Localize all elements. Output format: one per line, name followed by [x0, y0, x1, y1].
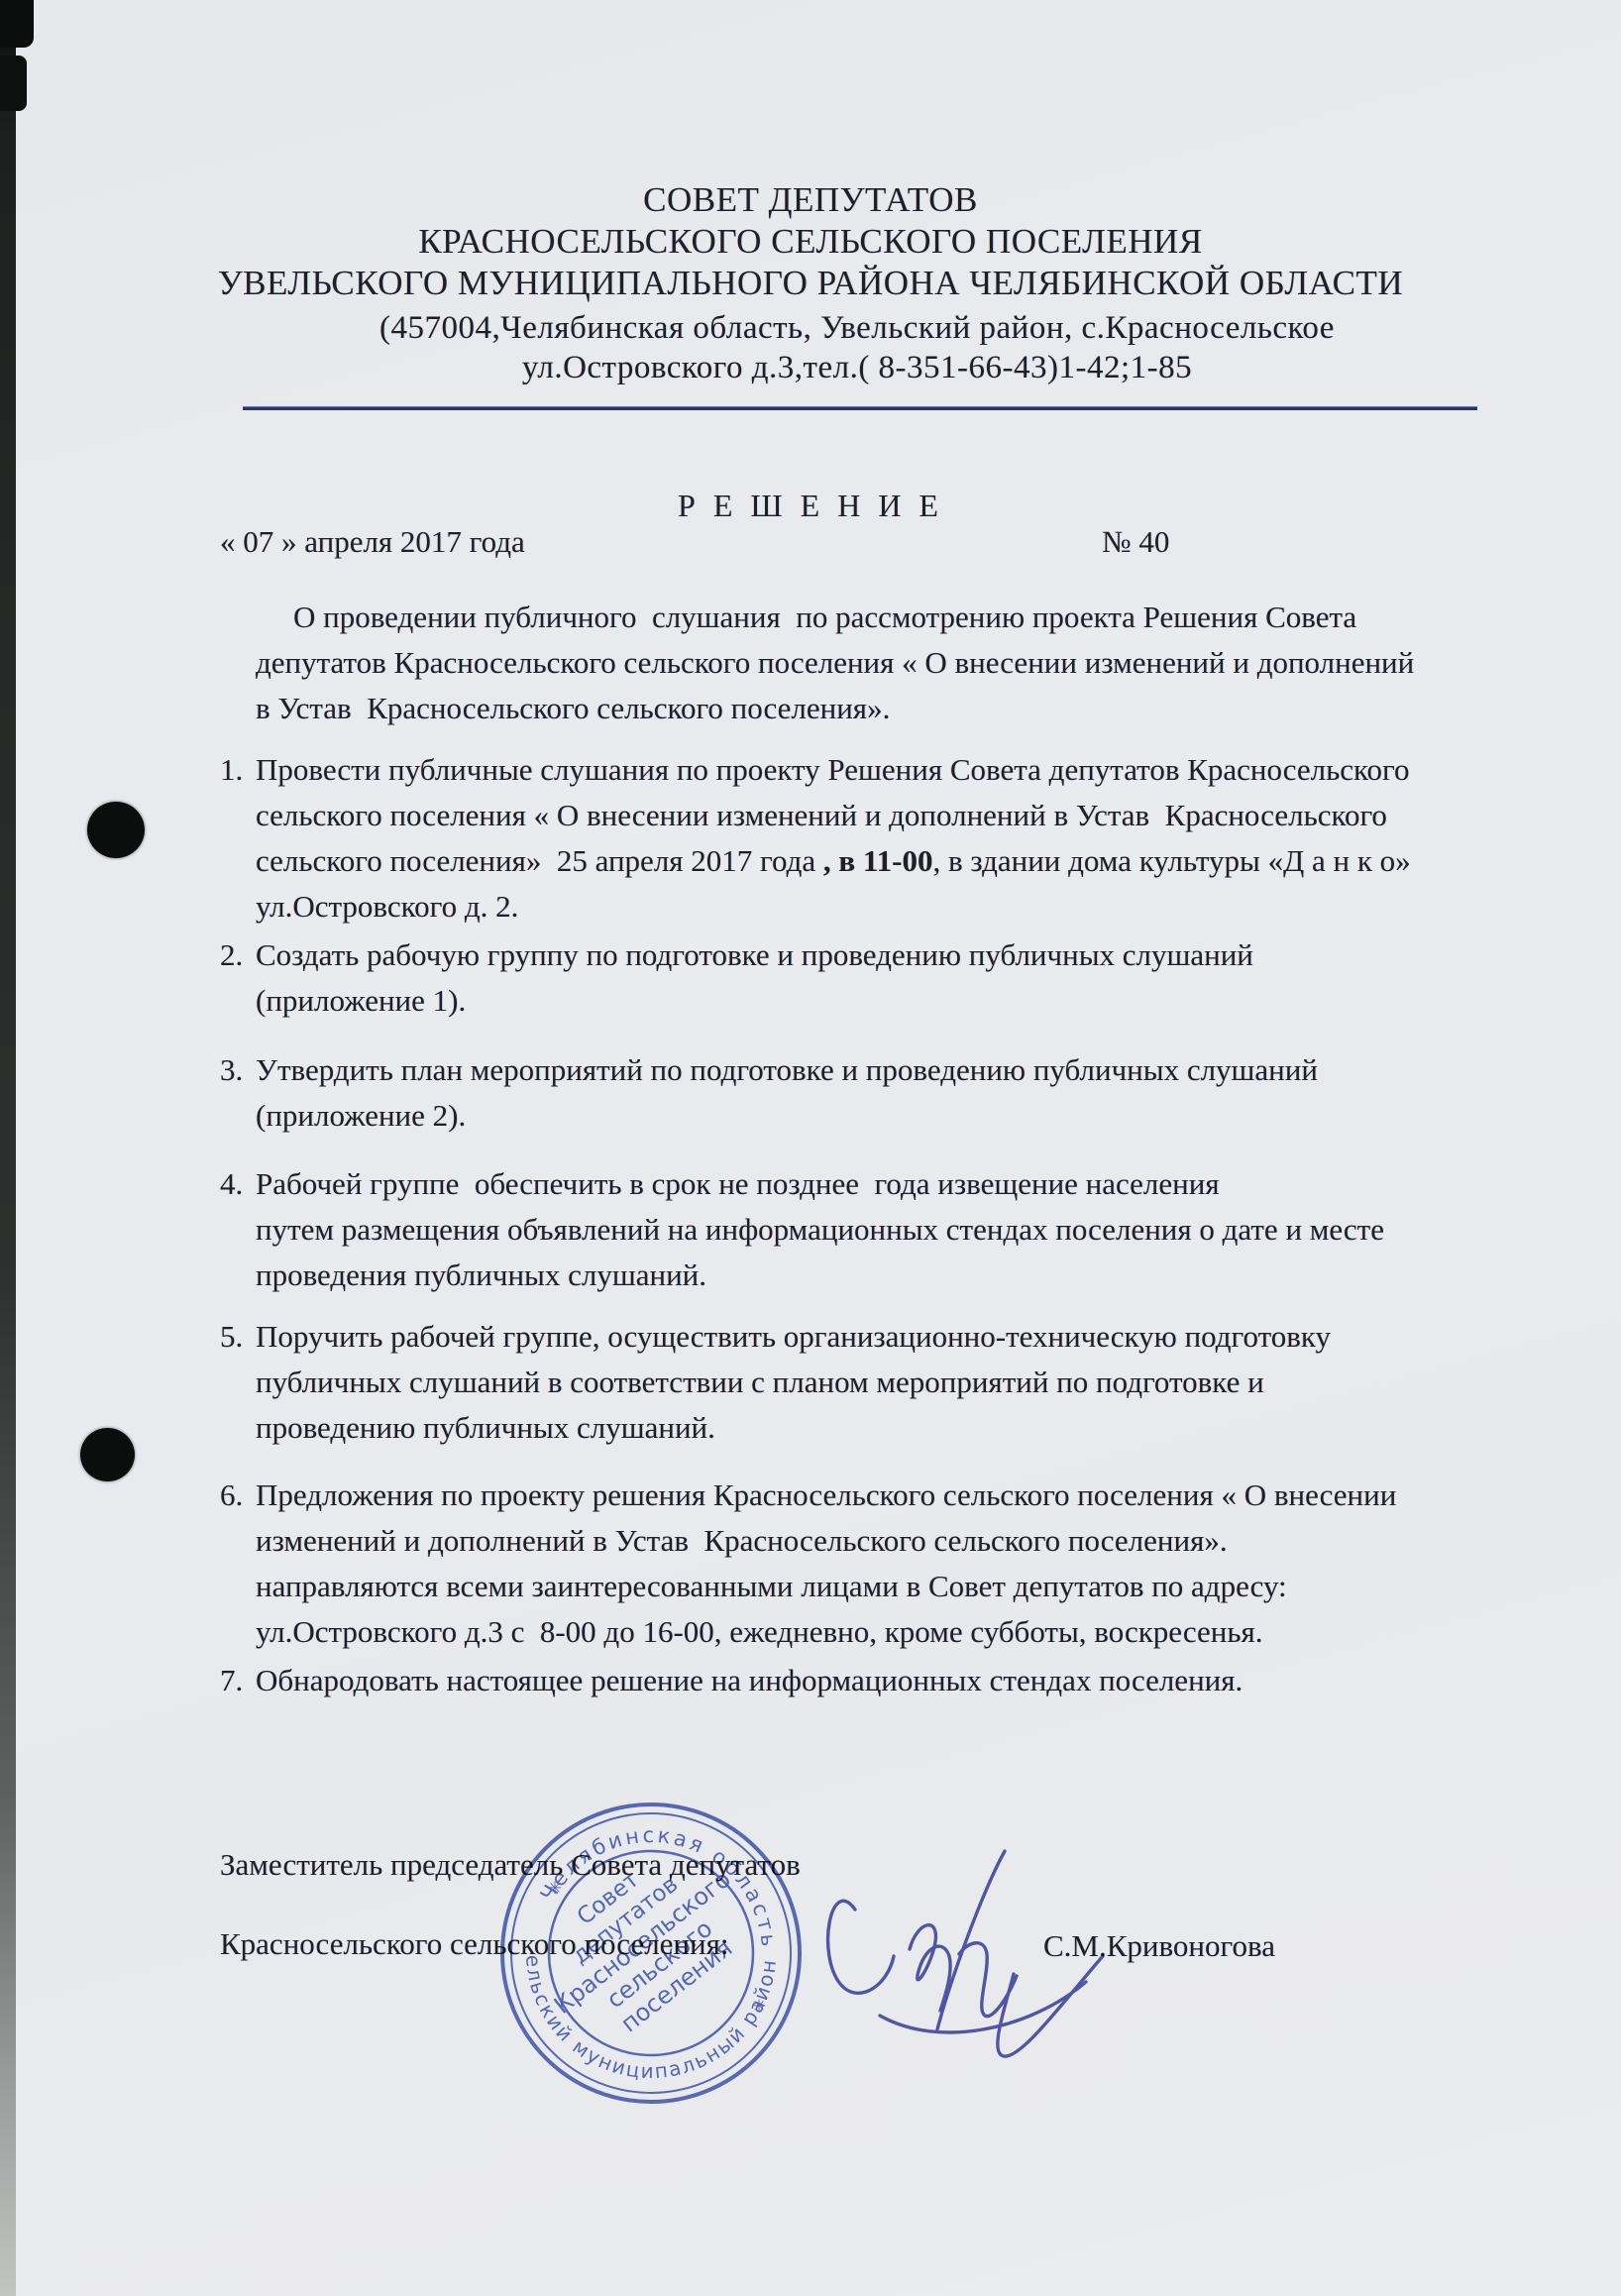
scanner-edge-blob: [0, 55, 27, 111]
letterhead-org-line-1: СОВЕТ ДЕПУТАТОВ: [0, 179, 1621, 221]
item-number: 6.: [220, 1473, 256, 1518]
item-text: Провести публичные слушания по проекту Р…: [256, 747, 1573, 929]
item-number: 3.: [220, 1047, 256, 1093]
decision-item-3: 3. Утвердить план мероприятий по подгото…: [220, 1047, 1573, 1139]
decision-number: № 40: [1102, 524, 1169, 560]
letterhead-address-line-2: ул.Островского д.3,тел.( 8-351-66-43)1-4…: [47, 348, 1621, 387]
scanned-document-page: { "letterhead": { "line1": "СОВЕТ ДЕПУТА…: [0, 0, 1621, 2296]
separator-line: [243, 406, 1477, 410]
decision-item-4: 4. Рабочей группе обеспечить в срок не п…: [220, 1161, 1573, 1298]
item-number: 2.: [220, 932, 256, 978]
letterhead-org-line-3: УВЕЛЬСКОГО МУНИЦИПАЛЬНОГО РАЙОНА ЧЕЛЯБИН…: [0, 263, 1621, 304]
punch-hole: [87, 802, 145, 858]
item-text: Утвердить план мероприятий по подготовке…: [256, 1047, 1573, 1139]
letterhead: СОВЕТ ДЕПУТАТОВ КРАСНОСЕЛЬСКОГО СЕЛЬСКОГ…: [0, 179, 1621, 387]
decision-item-1: 1. Провести публичные слушания по проект…: [220, 747, 1573, 929]
item-text: Обнародовать настоящее решение на информ…: [256, 1658, 1573, 1703]
letterhead-address-line-1: (457004,Челябинская область, Увельский р…: [47, 308, 1621, 348]
item-text-bold-segment: , в 11-00: [823, 843, 933, 878]
handwritten-signature-strokes: [810, 1835, 1120, 2073]
decision-item-5: 5. Поручить рабочей группе, осуществить …: [220, 1314, 1573, 1451]
scanner-edge-blob: [0, 0, 34, 48]
decision-date: « 07 » апреля 2017 года: [220, 524, 525, 560]
official-stamp: Челябинская область Увельский муниципаль…: [495, 1798, 807, 2109]
item-number: 1.: [220, 747, 256, 793]
item-text: Поручить рабочей группе, осуществить орг…: [256, 1314, 1573, 1451]
item-number: 5.: [220, 1314, 256, 1360]
punch-hole: [80, 1428, 135, 1481]
letterhead-org-line-2: КРАСНОСЕЛЬСКОГО СЕЛЬСКОГО ПОСЕЛЕНИЯ: [0, 221, 1621, 263]
item-number: 4.: [220, 1161, 256, 1207]
decision-preamble: О проведении публичного слушания по расс…: [256, 595, 1554, 731]
stamp-star-left: ✳: [548, 1879, 562, 1899]
letterhead-address: (457004,Челябинская область, Увельский р…: [47, 308, 1621, 387]
decision-title: Р Е Ш Е Н И Е: [0, 488, 1621, 524]
official-stamp-graphic: Челябинская область Увельский муниципаль…: [495, 1798, 807, 2109]
handwritten-signature: [810, 1835, 1120, 2073]
decision-item-2: 2. Создать рабочую группу по подготовке …: [220, 932, 1573, 1024]
decision-item-6: 6. Предложения по проекту решения Красно…: [220, 1473, 1573, 1655]
decision-item-7: 7. Обнародовать настоящее решение на инф…: [220, 1658, 1573, 1703]
stamp-star-right: ✳: [752, 1997, 766, 2017]
item-text: Создать рабочую группу по подготовке и п…: [256, 932, 1573, 1024]
item-number: 7.: [220, 1658, 256, 1703]
item-text: Рабочей группе обеспечить в срок не позд…: [256, 1161, 1573, 1298]
item-text: Предложения по проекту решения Красносел…: [256, 1473, 1573, 1655]
